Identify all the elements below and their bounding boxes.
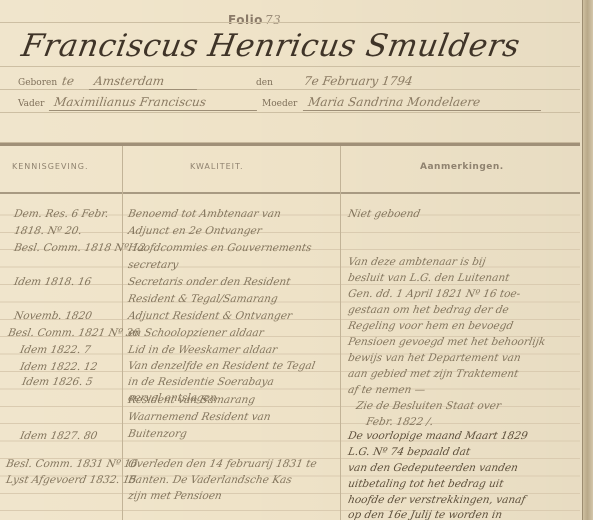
- person-full-name: Franciscus Henricus Smulders: [19, 28, 523, 64]
- kennisgeving-entry: Idem 1822. 7: [18, 342, 92, 359]
- kwaliteit-entry: Resident & Tegal/Samarang: [126, 291, 279, 308]
- kwaliteit-entry: zijn met Pensioen: [126, 488, 223, 505]
- header-guide-rule: [0, 66, 580, 67]
- kennisgeving-entry: Besl. Comm. 1821 Nº 36: [6, 325, 140, 342]
- header-guide-rule: [0, 112, 580, 113]
- father-name: Maximilianus Franciscus: [49, 95, 259, 111]
- kennisgeving-entry: Lyst Afgevoerd 1832. 15: [4, 472, 137, 489]
- aanmerking-entry: L.G. Nº 74 bepaald dat: [346, 444, 471, 461]
- aanmerking-entry: Niet geboend: [346, 206, 421, 223]
- ledger-page: Folio73 Franciscus Henricus Smulders Geb…: [0, 0, 593, 520]
- aanmerking-entry: Gen. dd. 1 April 1821 Nº 16 toe-: [346, 286, 521, 303]
- aanmerking-entry: De voorlopige maand Maart 1829: [346, 428, 529, 445]
- kwaliteit-entry: Adjunct en 2e Ontvanger: [126, 223, 263, 240]
- born-label: Geboren: [18, 78, 57, 88]
- table-top-rule: [0, 142, 580, 146]
- kwaliteit-entry: Secretaris onder den Resident: [126, 274, 291, 291]
- aanmerking-entry: uitbetaling tot het bedrag uit: [346, 476, 504, 493]
- date-label: den: [256, 78, 273, 88]
- kwaliteit-entry: Resident van Samarang: [126, 392, 256, 409]
- column-divider: [340, 146, 341, 520]
- kennisgeving-entry: Besl. Comm. 1831 Nº 16: [4, 456, 138, 473]
- kwaliteit-entry: Van denzelfde en Resident te Tegal: [126, 358, 316, 375]
- aanmerking-entry: Pensioen gevoegd met het behoorlijk: [346, 334, 546, 351]
- kennisgeving-entry: Idem 1818. 16: [12, 274, 92, 291]
- column-header-kwaliteit: KWALITEIT.: [190, 162, 244, 171]
- kwaliteit-entry: Banten. De Vaderlandsche Kas: [126, 472, 293, 489]
- kwaliteit-entry: Buitenzorg: [126, 426, 188, 443]
- kwaliteit-entry: Adjunct Resident & Ontvanger: [126, 308, 293, 325]
- kwaliteit-entry: Overleden den 14 februarij 1831 te: [126, 456, 318, 473]
- column-header-aanmerkingen: Aanmerkingen.: [420, 162, 504, 172]
- column-header-kennisgeving: KENNISGEVING.: [12, 162, 89, 171]
- header-guide-rule: [0, 89, 580, 90]
- kwaliteit-entry: en Schoolopziener aldaar: [126, 325, 265, 342]
- born-place: Amsterdam: [89, 74, 199, 90]
- kennisgeving-entry: Idem 1826. 5: [20, 374, 94, 391]
- folio-number: 73: [265, 13, 281, 27]
- kennisgeving-entry: 1818. Nº 20.: [12, 223, 83, 240]
- table-header-bottom-rule: [0, 192, 580, 194]
- aanmerking-entry: Zie de Besluiten Staat over: [354, 398, 502, 415]
- mother-label: Moeder: [262, 99, 297, 109]
- aanmerking-entry: op den 16e Julij te worden in: [346, 507, 503, 520]
- kennisgeving-entry: Idem 1827. 80: [18, 428, 98, 445]
- header-guide-rule: [0, 22, 580, 23]
- mother-name: Maria Sandrina Mondelaere: [303, 95, 543, 111]
- kwaliteit-entry: Lid in de Weeskamer aldaar: [126, 342, 278, 359]
- folio-label: Folio73: [228, 13, 281, 27]
- father-label: Vader: [18, 99, 44, 109]
- aanmerking-entry: van den Gedeputeerden vanden: [346, 460, 519, 477]
- aanmerking-entry: aan gebied met zijn Traktement: [346, 366, 519, 383]
- folio-label-text: Folio: [228, 13, 263, 27]
- kwaliteit-entry: Waarnemend Resident van: [126, 409, 272, 426]
- aanmerking-entry: af te nemen —: [346, 382, 426, 399]
- aanmerking-entry: gestaan om het bedrag der de: [346, 302, 510, 319]
- aanmerking-entry: Van deze ambtenaar is bij: [346, 254, 487, 271]
- born-date: 7e February 1794: [299, 74, 418, 89]
- aanmerking-entry: Regeling voor hem en bevoegd: [346, 318, 514, 335]
- page-edge: [582, 0, 593, 520]
- born-place-prefix: te: [57, 74, 79, 89]
- kwaliteit-entry: secretary: [126, 257, 179, 274]
- kwaliteit-entry: Hoofdcommies en Gouvernements: [126, 240, 312, 257]
- kennisgeving-entry: Dem. Res. 6 Febr.: [12, 206, 109, 223]
- aanmerking-entry: bewijs van het Departement van: [346, 350, 522, 367]
- aanmerking-entry: besluit van L.G. den Luitenant: [346, 270, 510, 287]
- kwaliteit-entry: in de Residentie Soerabaya: [126, 374, 275, 391]
- kwaliteit-entry: Benoemd tot Ambtenaar van: [126, 206, 282, 223]
- kennisgeving-entry: Novemb. 1820: [12, 308, 93, 325]
